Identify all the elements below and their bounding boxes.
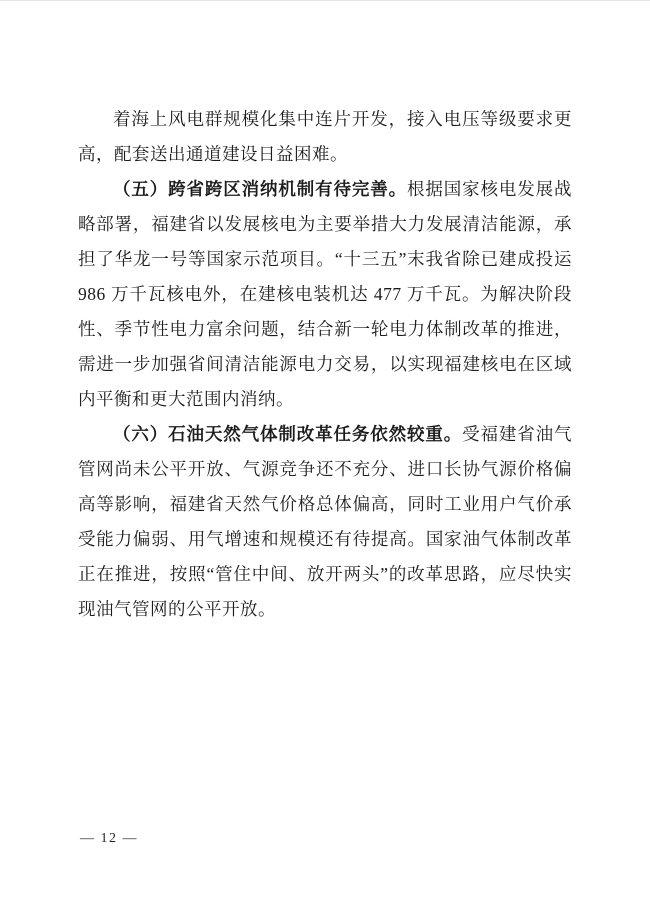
document-body: 着海上风电群规模化集中连片开发，接入电压等级要求更高，配套送出通道建设日益困难。… bbox=[78, 102, 572, 627]
paragraph-lead: （六）石油天然气体制改革任务依然较重。 bbox=[113, 424, 462, 444]
page-number: — 12 — bbox=[80, 831, 138, 847]
paragraph: 着海上风电群规模化集中连片开发，接入电压等级要求更高，配套送出通道建设日益困难。 bbox=[78, 102, 572, 172]
paragraph: （六）石油天然气体制改革任务依然较重。受福建省油气管网尚未公平开放、气源竞争还不… bbox=[78, 417, 572, 627]
paragraph-text: 受福建省油气管网尚未公平开放、气源竞争还不充分、进口长协气源价格偏高等影响，福建… bbox=[78, 424, 572, 619]
paragraph-lead: （五）跨省跨区消纳机制有待完善。 bbox=[113, 179, 407, 199]
paragraph-text: 着海上风电群规模化集中连片开发，接入电压等级要求更高，配套送出通道建设日益困难。 bbox=[78, 109, 572, 164]
paragraph-text: 根据国家核电发展战略部署，福建省以发展核电为主要举措大力发展清洁能源，承担了华龙… bbox=[78, 179, 572, 409]
document-page: 着海上风电群规模化集中连片开发，接入电压等级要求更高，配套送出通道建设日益困难。… bbox=[0, 0, 650, 919]
paragraph: （五）跨省跨区消纳机制有待完善。根据国家核电发展战略部署，福建省以发展核电为主要… bbox=[78, 172, 572, 417]
